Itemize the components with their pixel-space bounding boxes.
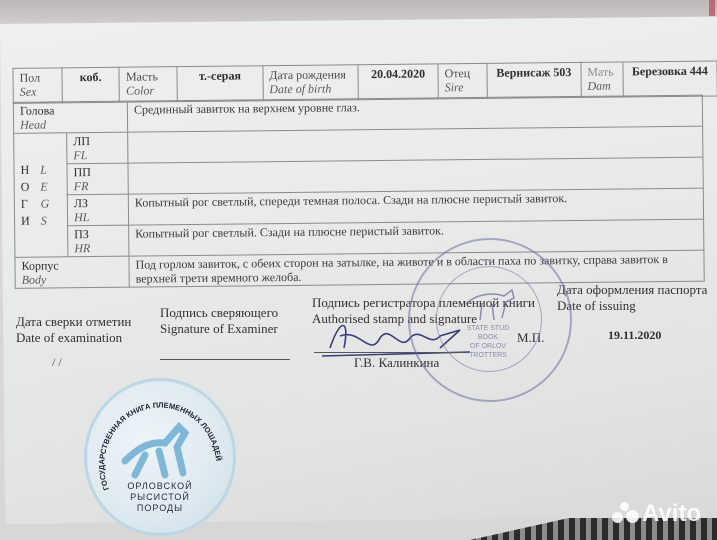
hologram-breed-text: ОРЛОВСКОЙРЫСИСТОЙПОРОДЫ (87, 481, 233, 514)
horse-icon (462, 284, 518, 324)
markings-table: ГоловаHead Срединный завиток на верхнем … (13, 95, 705, 289)
avito-watermark: Avito (612, 500, 701, 528)
color-value: т.-серая (177, 66, 263, 102)
official-stamp: STATE STUD BOOKOF ORLOVTROTTERS (408, 238, 572, 402)
red-cover-edge (709, 0, 715, 16)
dam-value: Березовка 444 (623, 61, 717, 97)
dam-label: МатьDam (581, 62, 623, 97)
issue-date-value: 19.11.2020 (608, 328, 661, 343)
leg-hl-label: ЛЗHL (67, 194, 128, 226)
stamp-text: STATE STUD BOOKOF ORLOVTROTTERS (458, 324, 518, 360)
horse-icon (119, 421, 199, 481)
legs-label-ru: НОГИ (20, 161, 29, 229)
leg-hr-label: ПЗHR (68, 225, 129, 257)
avito-watermark-text: Avito (642, 500, 701, 528)
sire-value: Вернисаж 503 (487, 62, 581, 98)
birth-label: Дата рожденияDate of birth (263, 65, 359, 101)
legs-label: НОГИ LEGS (14, 133, 68, 258)
legs-label-en: LEGS (40, 161, 49, 229)
examiner-label: Подпись сверяющегоSignature of Examiner (160, 305, 278, 337)
avito-logo-icon (612, 502, 638, 526)
hologram-sticker: ГОСУДАРСТВЕННАЯ КНИГА ПЛЕМЕННЫХ ЛОШАДЕЙ … (84, 378, 236, 536)
issue-date-label: Дата оформления паспортаDate of issuing (557, 282, 707, 314)
sire-label: ОтецSire (438, 63, 487, 99)
leg-fl-label: ЛПFL (67, 132, 128, 164)
color-label: МастьColor (119, 67, 177, 103)
birth-value: 20.04.2020 (358, 64, 438, 100)
body-label: КорпусBody (15, 256, 129, 288)
head-label: ГоловаHead (13, 101, 127, 133)
examiner-signature-line (160, 359, 290, 360)
leg-fr-label: ППFR (67, 163, 128, 195)
sex-value: коб. (62, 67, 120, 103)
sex-label: ПолSex (13, 68, 62, 104)
exam-date-value: / / (52, 355, 62, 370)
exam-date-label: Дата сверки отметинDate of examination (16, 314, 131, 346)
